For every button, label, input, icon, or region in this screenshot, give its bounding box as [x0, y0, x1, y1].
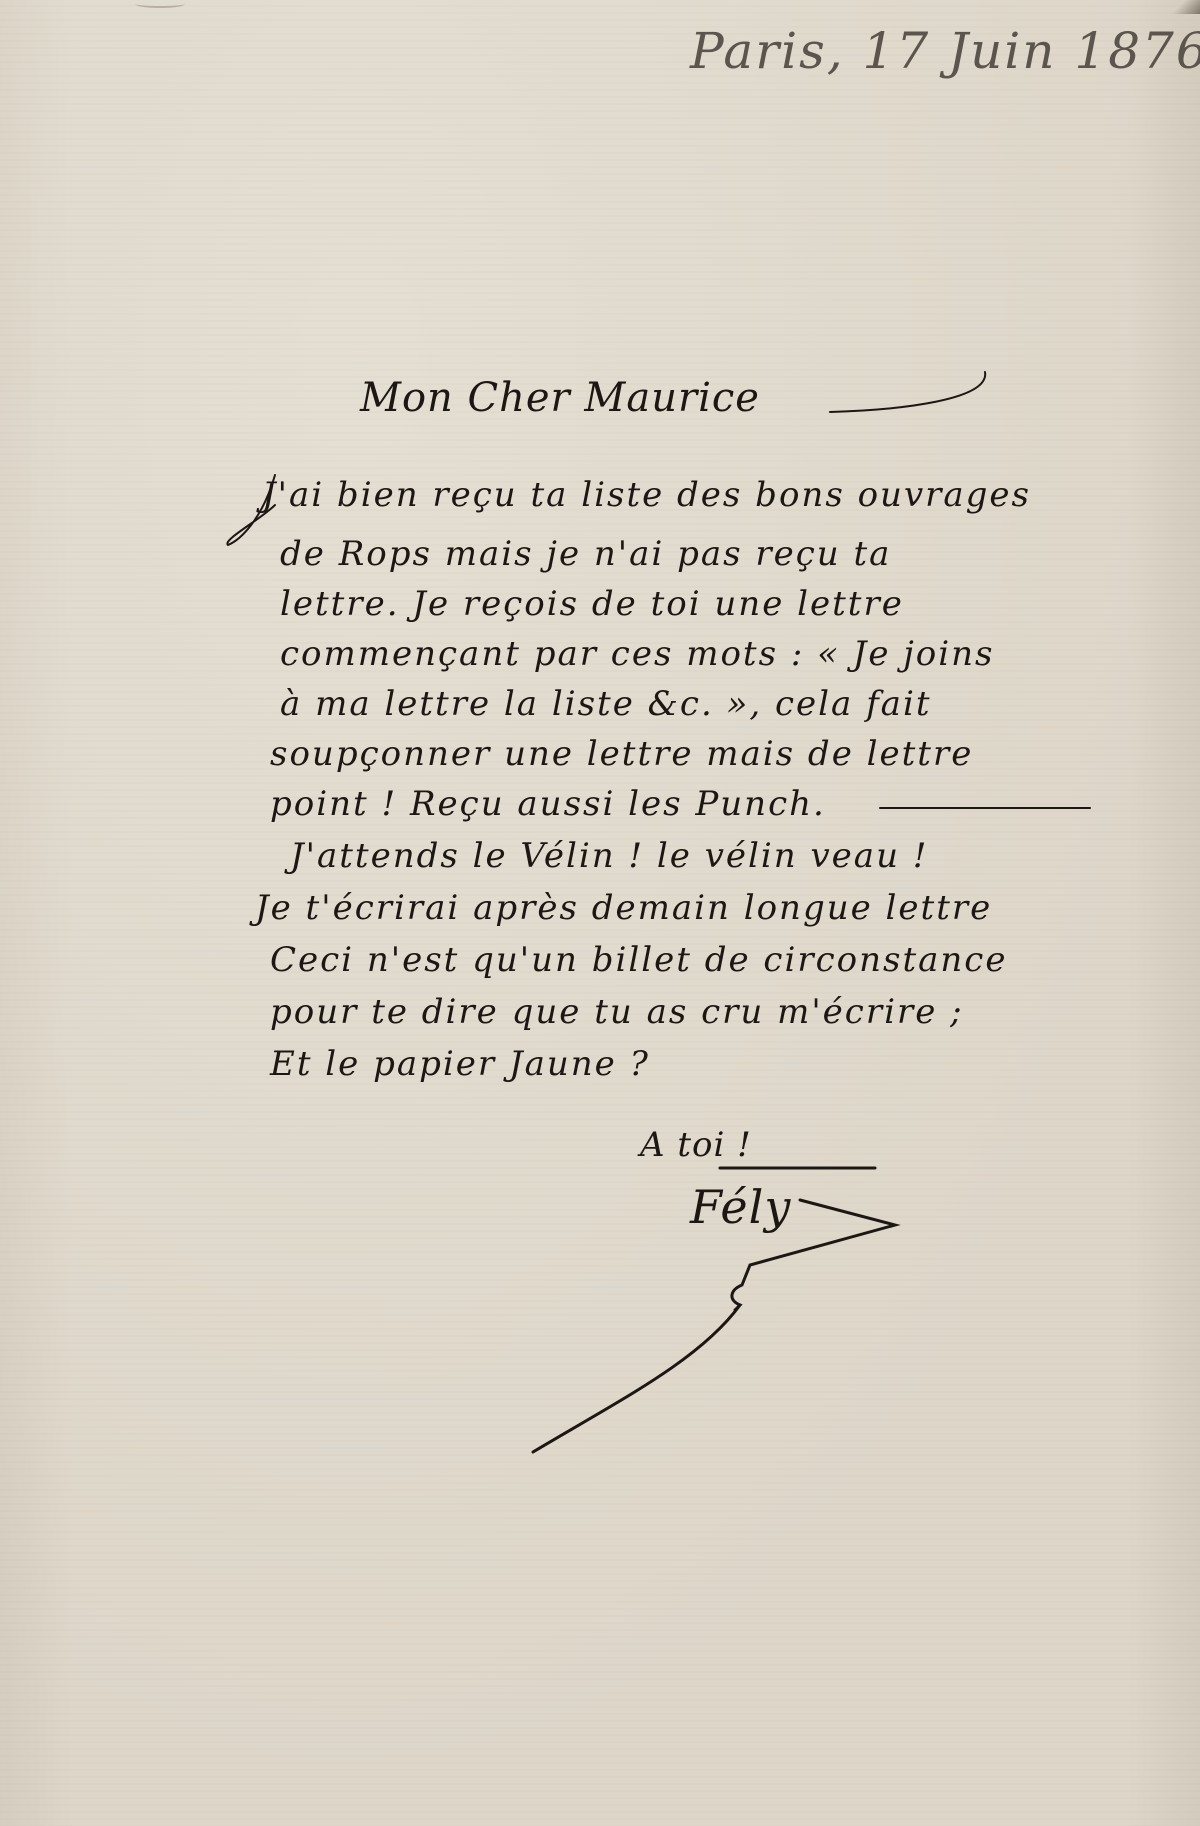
body-line: J'ai bien reçu ta liste des bons ouvrage… — [262, 475, 1031, 515]
body-line: soupçonner une lettre mais de lettre — [270, 734, 973, 774]
letter-salutation: Mon Cher Maurice — [360, 375, 760, 421]
body-line: point ! Reçu aussi les Punch. — [270, 784, 826, 824]
body-line: commençant par ces mots : « Je joins — [280, 634, 995, 674]
body-line: Et le papier Jaune ? — [270, 1044, 650, 1084]
letter-signature: Fély — [690, 1180, 791, 1234]
body-line: lettre. Je reçois de toi une lettre — [280, 584, 904, 624]
body-line: de Rops mais je n'ai pas reçu ta — [280, 534, 891, 574]
letter-closing: A toi ! — [640, 1125, 752, 1165]
body-line: Je t'écrirai après demain longue lettre — [255, 888, 992, 928]
letter-date: Paris, 17 Juin 1876 — [690, 22, 1200, 80]
body-line: Ceci n'est qu'un billet de circonstance — [270, 940, 1007, 980]
letter-page: Paris, 17 Juin 1876 Mon Cher Maurice J'a… — [0, 0, 1200, 1826]
body-line: pour te dire que tu as cru m'écrire ; — [270, 992, 964, 1032]
page-corner-shadow — [1166, 0, 1200, 14]
body-line: J'attends le Vélin ! le vélin veau ! — [290, 836, 928, 876]
paper-tear-mark — [135, 0, 185, 8]
body-line: à ma lettre la liste &c. », cela fait — [280, 684, 932, 724]
